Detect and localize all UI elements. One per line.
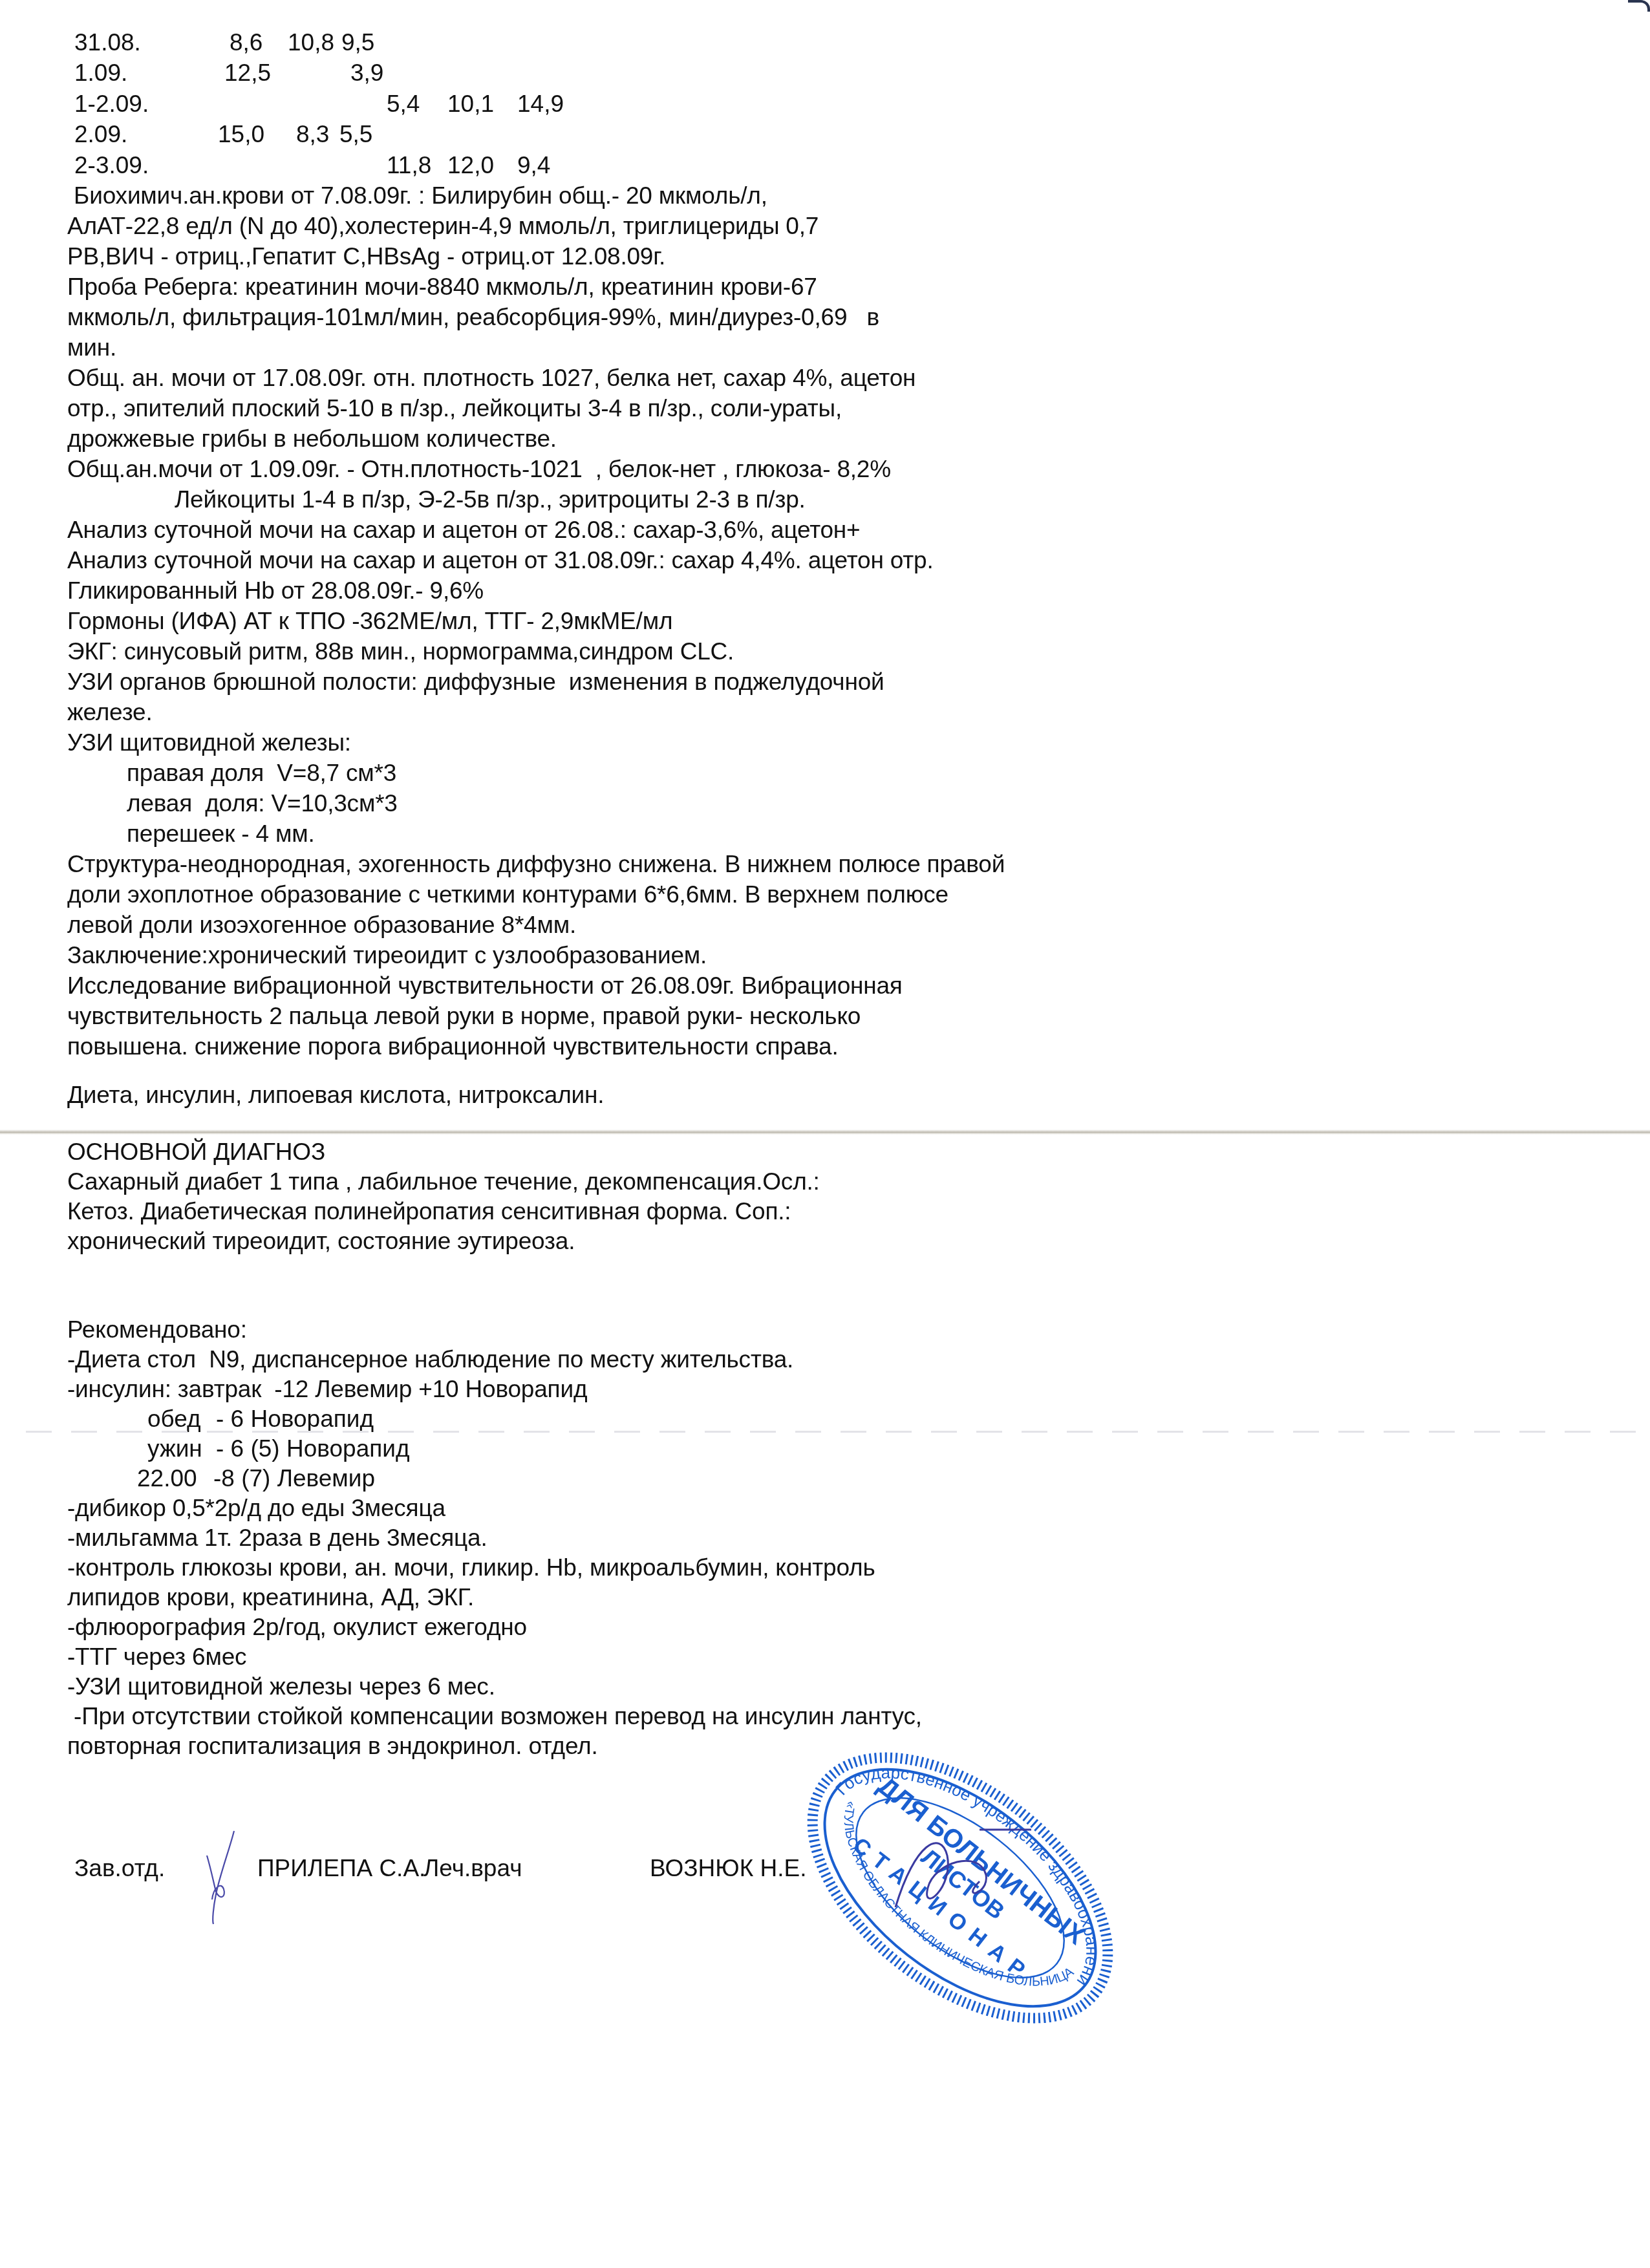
findings-line: мкмоль/л, фильтрация-101мл/мин, реабсорб… — [67, 303, 879, 332]
glucose-value: 10,1 — [447, 90, 494, 118]
diagnosis-line: Сахарный диабет 1 типа , лабильное течен… — [67, 1168, 820, 1196]
findings-line: повышена. снижение порога вибрационной ч… — [67, 1032, 839, 1061]
signature-scribble-icon — [194, 1830, 252, 1927]
insulin-time: 22.00 — [137, 1464, 197, 1493]
recommendation-line: -ТТГ через 6мес — [67, 1643, 246, 1671]
findings-line: Заключение:хронический тиреоидит с узлоо… — [67, 941, 707, 970]
diagnosis-line: Кетоз. Диабетическая полинейропатия сенс… — [67, 1197, 791, 1226]
findings-line: левая доля: V=10,3см*3 — [127, 789, 398, 818]
findings-line: железе. — [67, 698, 152, 727]
findings-line: доли эхоплотное образование с четкими ко… — [67, 881, 948, 909]
findings-line: Проба Реберга: креатинин мочи-8840 мкмол… — [67, 273, 817, 301]
insulin-dose: - 6 (5) Новорапид — [216, 1435, 410, 1463]
glucose-value: 5,4 — [387, 90, 420, 118]
glucose-row-date: 2.09. — [74, 120, 127, 149]
paper-crease — [26, 1431, 1649, 1433]
head-of-department-label: Зав.отд. — [74, 1854, 165, 1883]
recommendation-line: -инсулин: завтрак -12 Левемир +10 Новора… — [67, 1375, 587, 1404]
findings-line: правая доля V=8,7 см*3 — [127, 759, 396, 787]
findings-line: Лейкоциты 1-4 в п/зр, Э-2-5в п/зр., эрит… — [175, 486, 806, 514]
recommendation-line: -При отсутствии стойкой компенсации возм… — [67, 1702, 922, 1731]
discharge-summary-page: 31.08.8,610,89,51.09.12,53,91-2.09.5,410… — [0, 0, 1650, 2268]
findings-line: дрожжевые грибы в небольшом количестве. — [67, 425, 557, 453]
glucose-value: 15,0 — [218, 120, 264, 149]
glucose-row-date: 1.09. — [74, 59, 127, 87]
findings-line: УЗИ органов брюшной полости: диффузные и… — [67, 668, 884, 696]
insulin-dose: - 6 Новорапид — [216, 1405, 374, 1433]
findings-line: Структура-неоднородная, эхогенность дифф… — [67, 850, 1005, 879]
glucose-value: 11,8 — [387, 151, 431, 180]
recommendation-line: -дибикор 0,5*2р/д до еды 3месяца — [67, 1494, 445, 1523]
recommendation-line: -контроль глюкозы крови, ан. мочи, глики… — [67, 1554, 875, 1582]
glucose-value: 9,5 — [341, 28, 374, 57]
findings-line: Анализ суточной мочи на сахар и ацетон о… — [67, 516, 861, 544]
findings-line: левой доли изоэхогенное образование 8*4м… — [67, 911, 576, 939]
paper-fold-line — [0, 1129, 1650, 1135]
official-stamp-icon: Государственное учреждение здравоохранен… — [766, 1746, 1154, 2030]
findings-line: Анализ суточной мочи на сахар и ацетон о… — [67, 546, 934, 575]
glucose-row-date: 1-2.09. — [74, 90, 149, 118]
glucose-value: 10,8 — [288, 28, 334, 57]
glucose-value: 14,9 — [517, 90, 564, 118]
glucose-value: 8,6 — [230, 28, 262, 57]
diagnosis-title: ОСНОВНОЙ ДИАГНОЗ — [67, 1138, 325, 1166]
findings-line: Гликированный Hb от 28.08.09г.- 9,6% — [67, 577, 484, 605]
findings-line: перешеек - 4 мм. — [127, 820, 315, 848]
diagnosis-line: хронический тиреоидит, состояние эутирео… — [67, 1227, 575, 1256]
attending-doctor-label: Леч.врач — [423, 1854, 522, 1883]
insulin-time: ужин — [147, 1435, 202, 1463]
recommendation-line: -мильгамма 1т. 2раза в день 3месяца. — [67, 1524, 487, 1552]
recommendation-line: -УЗИ щитовидной железы через 6 мес. — [67, 1673, 495, 1701]
findings-line: Общ. ан. мочи от 17.08.09г. отн. плотнос… — [67, 364, 916, 392]
findings-line: чувствительность 2 пальца левой руки в н… — [67, 1002, 861, 1031]
findings-line: ЭКГ: синусовый ритм, 88в мин., нормограм… — [67, 637, 734, 666]
treatment-line: Диета, инсулин, липоевая кислота, нитрок… — [67, 1081, 604, 1109]
recommendation-line: -Диета стол N9, диспансерное наблюдение … — [67, 1345, 793, 1374]
insulin-time: обед — [147, 1405, 201, 1433]
glucose-value: 12,0 — [447, 151, 494, 180]
recommendation-line: повторная госпитализация в эндокринол. о… — [67, 1732, 598, 1760]
glucose-row-date: 31.08. — [74, 28, 141, 57]
findings-line: Гормоны (ИФА) АТ к ТПО -362МЕ/мл, ТТГ- 2… — [67, 607, 672, 636]
findings-line: Исследование вибрационной чувствительнос… — [67, 972, 903, 1000]
glucose-value: 5,5 — [339, 120, 372, 149]
glucose-value: 8,3 — [296, 120, 329, 149]
recommendations-title: Рекомендовано: — [67, 1316, 247, 1344]
glucose-value: 12,5 — [224, 59, 271, 87]
insulin-dose: -8 (7) Левемир — [213, 1464, 375, 1493]
glucose-value: 3,9 — [350, 59, 383, 87]
head-of-department-name: ПРИЛЕПА С.А. — [257, 1854, 425, 1883]
scan-corner-edge — [1628, 0, 1650, 12]
findings-line: УЗИ щитовидной железы: — [67, 729, 351, 757]
findings-line: отр., эпителий плоский 5-10 в п/зр., лей… — [67, 394, 842, 423]
findings-line: мин. — [67, 334, 116, 362]
findings-line: Общ.ан.мочи от 1.09.09г. - Отн.плотность… — [67, 455, 891, 484]
findings-line: РВ,ВИЧ - отриц.,Гепатит С,HBsAg - отриц.… — [67, 242, 665, 271]
findings-line: Биохимич.ан.крови от 7.08.09г. : Билируб… — [67, 182, 767, 210]
glucose-value: 9,4 — [517, 151, 550, 180]
recommendation-line: липидов крови, креатинина, АД, ЭКГ. — [67, 1583, 474, 1612]
glucose-row-date: 2-3.09. — [74, 151, 149, 180]
recommendation-line: -флюорография 2р/год, окулист ежегодно — [67, 1613, 527, 1642]
findings-line: АлАТ-22,8 ед/л (N до 40),холестерин-4,9 … — [67, 212, 819, 241]
